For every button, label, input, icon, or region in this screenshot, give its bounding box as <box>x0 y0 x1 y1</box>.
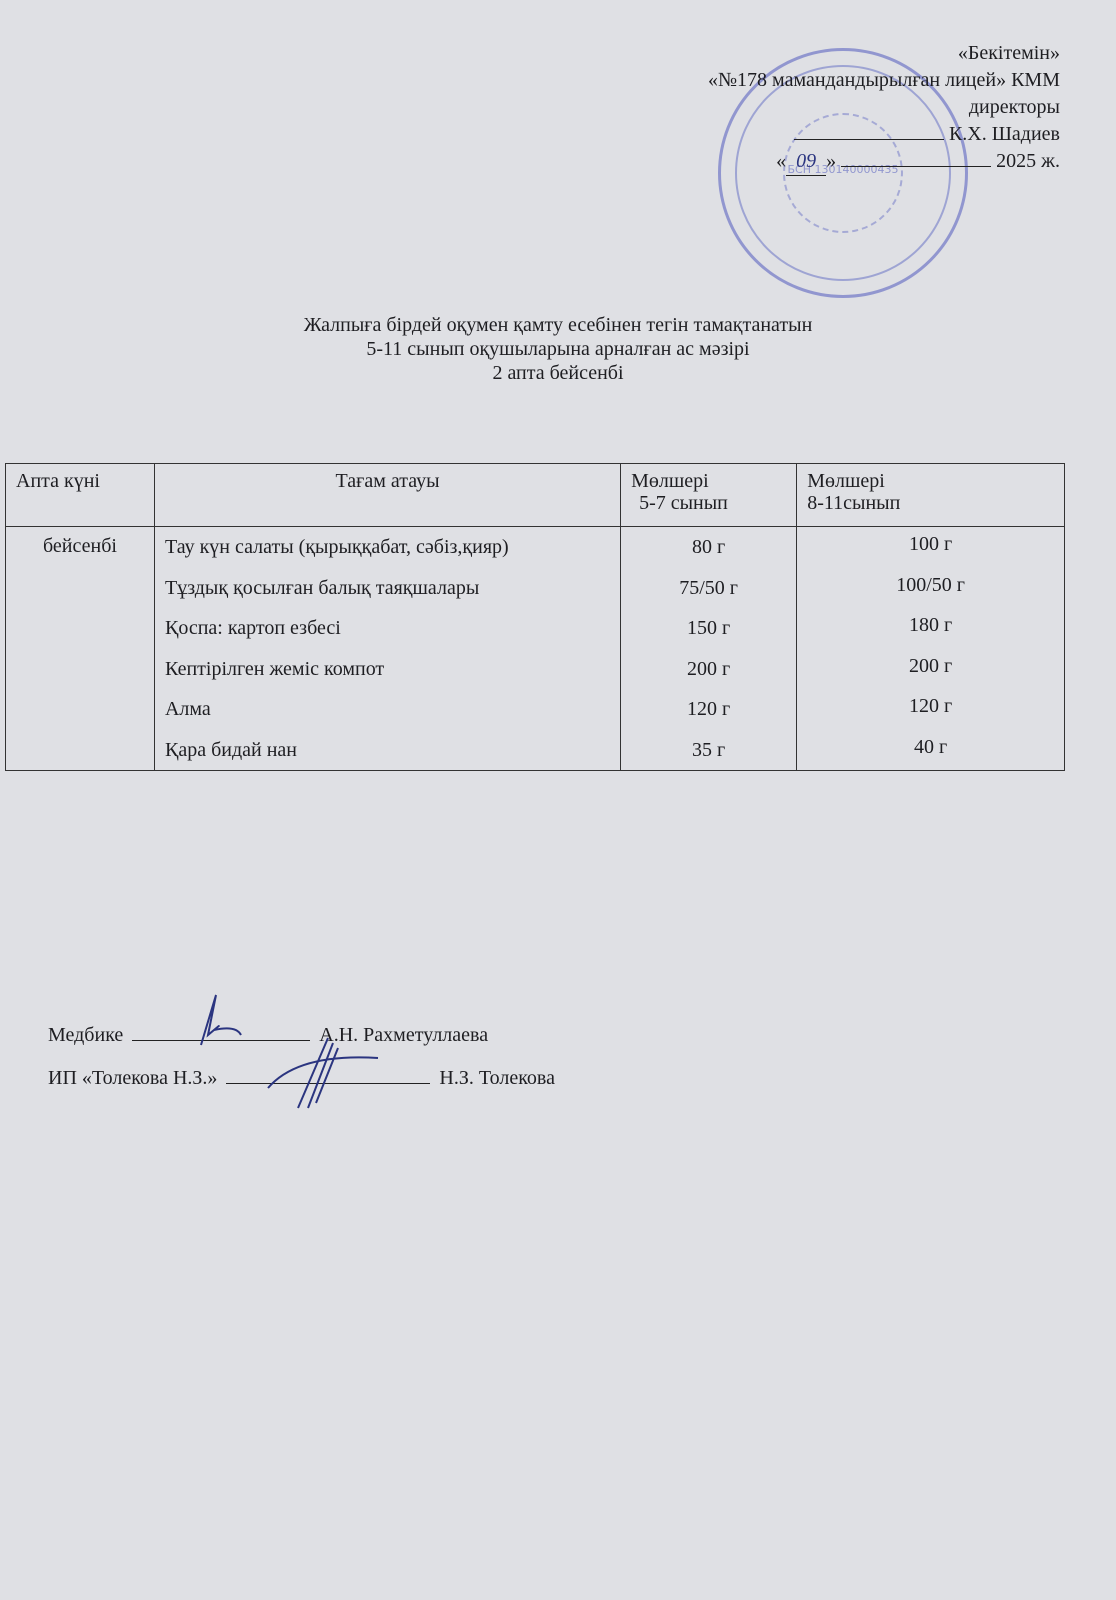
amount-8-11-column: 100 г 100/50 г 180 г 200 г 120 г 40 г <box>797 527 1065 771</box>
amount-8-11: 40 г <box>797 730 1064 771</box>
date-month-underline <box>841 166 991 167</box>
approval-block: «Бекітемін» «№178 мамандандырылған лицей… <box>708 40 1060 176</box>
table-header-row: Апта күні Тағам атауы Мөлшері 5-7 сынып … <box>6 464 1065 527</box>
date-day: 09 <box>786 148 826 176</box>
signature-supplier: ИП «Толекова Н.З.» Н.З. Толекова <box>48 1067 555 1090</box>
amount-5-7: 150 г <box>621 608 796 649</box>
menu-table: Апта күні Тағам атауы Мөлшері 5-7 сынып … <box>5 463 1065 771</box>
director-position: директоры <box>708 94 1060 121</box>
day-cell: бейсенбі <box>6 527 155 771</box>
header-dish: Тағам атауы <box>154 464 620 527</box>
amount-5-7: 120 г <box>621 689 796 730</box>
dish-name: Тұздық қосылған балық таяқшалары <box>155 568 620 609</box>
handwritten-signature-icon <box>258 1033 398 1113</box>
approve-label: «Бекітемін» <box>708 40 1060 67</box>
amount-5-7: 80 г <box>621 527 796 568</box>
director-name: К.Х. Шадиев <box>949 123 1060 145</box>
signature-role: Медбике <box>48 1024 123 1046</box>
amount-8-11: 120 г <box>797 689 1064 730</box>
signature-name: Н.З. Толекова <box>439 1067 555 1089</box>
amount-8-11: 100 г <box>797 527 1064 568</box>
header-amount-8-11-line2: 8-11сынып <box>807 492 900 514</box>
amount-5-7-column: 80 г 75/50 г 150 г 200 г 120 г 35 г <box>621 527 797 771</box>
header-amount-5-7: Мөлшері 5-7 сынып <box>621 464 797 527</box>
header-amount-5-7-line1: Мөлшері <box>631 470 709 492</box>
amount-8-11: 100/50 г <box>797 568 1064 609</box>
dish-name: Қара бидай нан <box>155 730 620 771</box>
dish-column: Тау күн салаты (қырыққабат, сәбіз,қияр) … <box>154 527 620 771</box>
title-line-3: 2 апта бейсенбі <box>0 361 1116 385</box>
table-row: бейсенбі Тау күн салаты (қырыққабат, сәб… <box>6 527 1065 771</box>
dish-name: Кептірілген жеміс компот <box>155 649 620 690</box>
handwritten-signature-icon <box>186 990 256 1050</box>
approval-date: «09» 2025 ж. <box>708 148 1060 176</box>
title-line-2: 5-11 сынып оқушыларына арналған ас мәзір… <box>0 337 1116 361</box>
document-title: Жалпыға бірдей оқумен қамту есебінен тег… <box>0 313 1116 385</box>
amount-5-7: 200 г <box>621 649 796 690</box>
header-amount-8-11: Мөлшері 8-11сынып <box>797 464 1065 527</box>
signature-role: ИП «Толекова Н.З.» <box>48 1067 217 1089</box>
header-day: Апта күні <box>6 464 155 527</box>
amount-8-11: 180 г <box>797 608 1064 649</box>
date-year: 2025 ж. <box>996 150 1060 172</box>
dish-name: Алма <box>155 689 620 730</box>
amount-8-11: 200 г <box>797 649 1064 690</box>
amount-5-7: 75/50 г <box>621 568 796 609</box>
signature-line <box>226 1067 430 1084</box>
signature-underline <box>794 139 944 140</box>
title-line-1: Жалпыға бірдей оқумен қамту есебінен тег… <box>0 313 1116 337</box>
amount-5-7: 35 г <box>621 730 796 771</box>
header-amount-8-11-line1: Мөлшері <box>807 470 885 492</box>
dish-name: Қоспа: картоп езбесі <box>155 608 620 649</box>
director-signature-line: К.Х. Шадиев <box>708 121 1060 148</box>
header-amount-5-7-line2: 5-7 сынып <box>631 492 728 514</box>
dish-name: Тау күн салаты (қырыққабат, сәбіз,қияр) <box>155 527 620 568</box>
organization-name: «№178 мамандандырылған лицей» КММ <box>708 67 1060 94</box>
